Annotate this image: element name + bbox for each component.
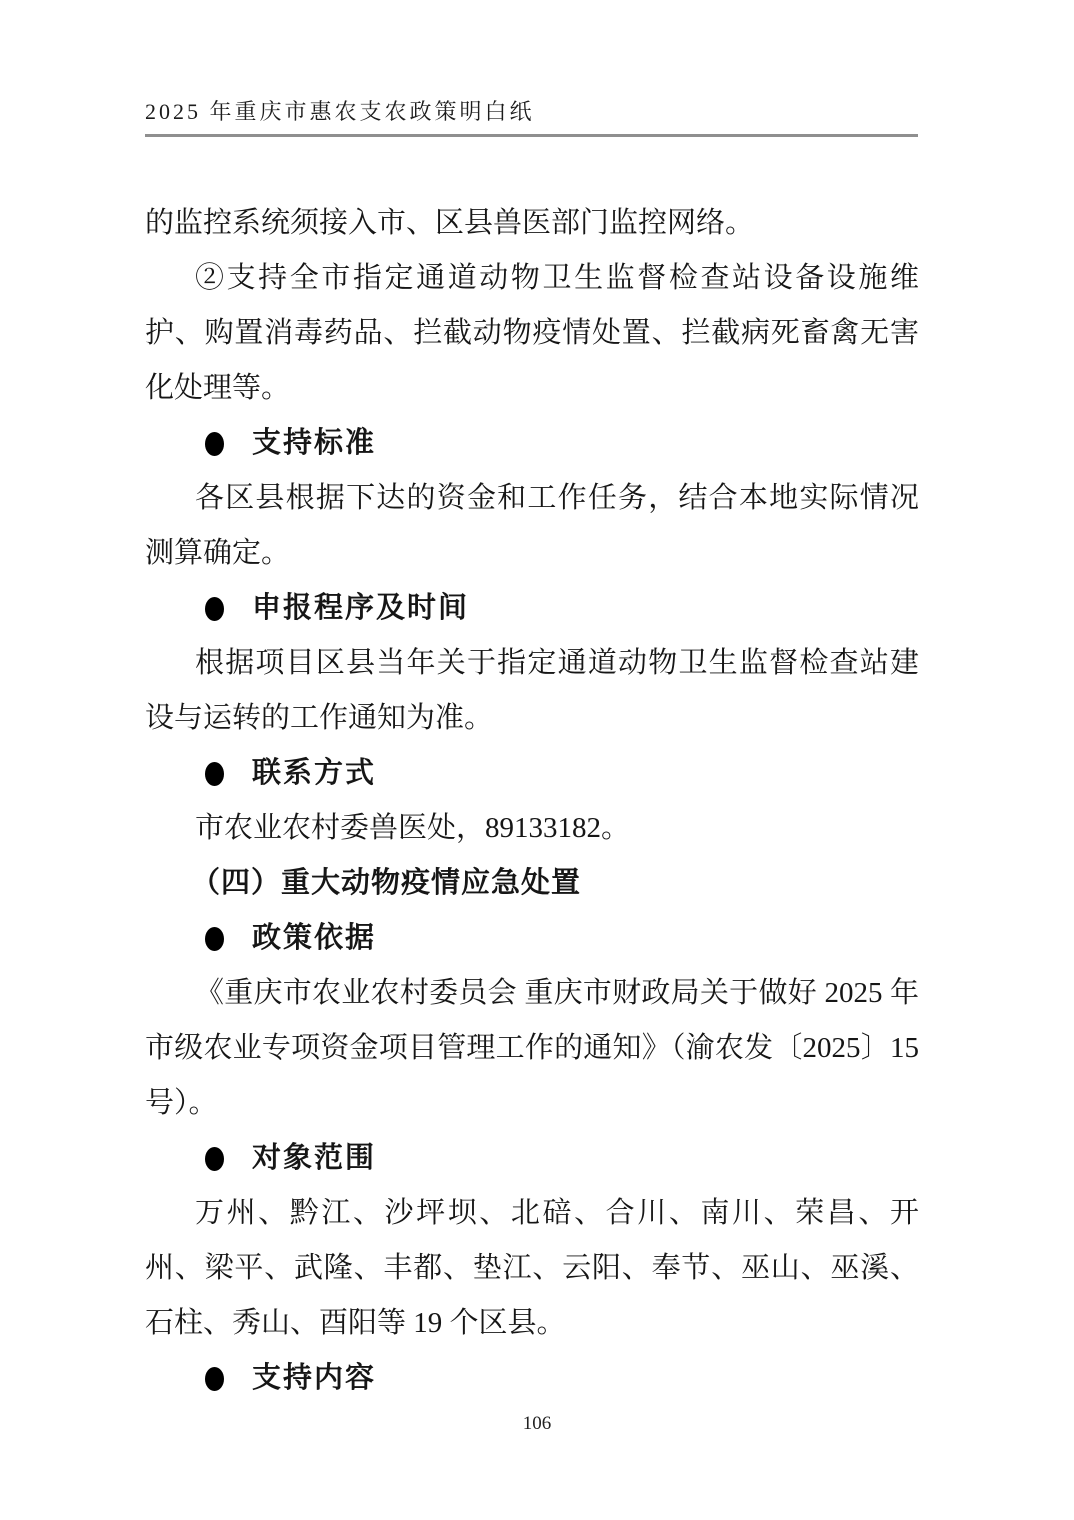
bullet-heading-policy-basis: 政策依据: [145, 911, 919, 966]
bullet-heading-label: 政策依据: [252, 911, 376, 966]
bullet-icon: [205, 927, 224, 951]
page-footer: 106: [0, 1413, 1074, 1435]
bullet-icon: [205, 1147, 224, 1171]
bullet-heading-label: 联系方式: [252, 746, 376, 801]
bullet-icon: [205, 1367, 224, 1391]
bullet-heading-support-standard: 支持标准: [145, 416, 919, 471]
paragraph-support-standard: 各区县根据下达的资金和工作任务，结合本地实际情况测算确定。: [145, 471, 919, 581]
section-heading-four: （四）重大动物疫情应急处置: [145, 856, 919, 911]
bullet-heading-label: 支持标准: [252, 416, 376, 471]
bullet-heading-support-content: 支持内容: [145, 1351, 919, 1406]
bullet-heading-contact: 联系方式: [145, 746, 919, 801]
paragraph-continuation: 的监控系统须接入市、区县兽医部门监控网络。: [145, 196, 919, 251]
bullet-heading-application-procedure: 申报程序及时间: [145, 581, 919, 636]
paragraph-target-scope: 万州、黔江、沙坪坝、北碚、合川、南川、荣昌、开州、梁平、武隆、丰都、垫江、云阳、…: [145, 1186, 919, 1351]
bullet-icon: [205, 432, 224, 456]
paragraph-application-procedure: 根据项目区县当年关于指定通道动物卫生监督检查站建设与运转的工作通知为准。: [145, 636, 919, 746]
paragraph-support-item2: ②支持全市指定通道动物卫生监督检查站设备设施维护、购置消毒药品、拦截动物疫情处置…: [145, 251, 919, 416]
bullet-heading-label: 对象范围: [252, 1131, 376, 1186]
document-page: 2025 年重庆市惠农支农政策明白纸 的监控系统须接入市、区县兽医部门监控网络。…: [0, 0, 1074, 1520]
page-number: 106: [523, 1413, 552, 1434]
bullet-icon: [205, 597, 224, 621]
bullet-heading-target-scope: 对象范围: [145, 1131, 919, 1186]
paragraph-contact: 市农业农村委兽医处，89133182。: [145, 801, 919, 856]
page-header: 2025 年重庆市惠农支农政策明白纸: [145, 97, 918, 137]
bullet-heading-label: 申报程序及时间: [252, 581, 469, 636]
bullet-icon: [205, 762, 224, 786]
document-body: 的监控系统须接入市、区县兽医部门监控网络。 ②支持全市指定通道动物卫生监督检查站…: [145, 196, 919, 1406]
paragraph-policy-basis: 《重庆市农业农村委员会 重庆市财政局关于做好 2025 年市级农业专项资金项目管…: [145, 966, 919, 1131]
bullet-heading-label: 支持内容: [252, 1351, 376, 1406]
header-divider: [145, 134, 918, 137]
running-header-title: 2025 年重庆市惠农支农政策明白纸: [145, 97, 918, 127]
